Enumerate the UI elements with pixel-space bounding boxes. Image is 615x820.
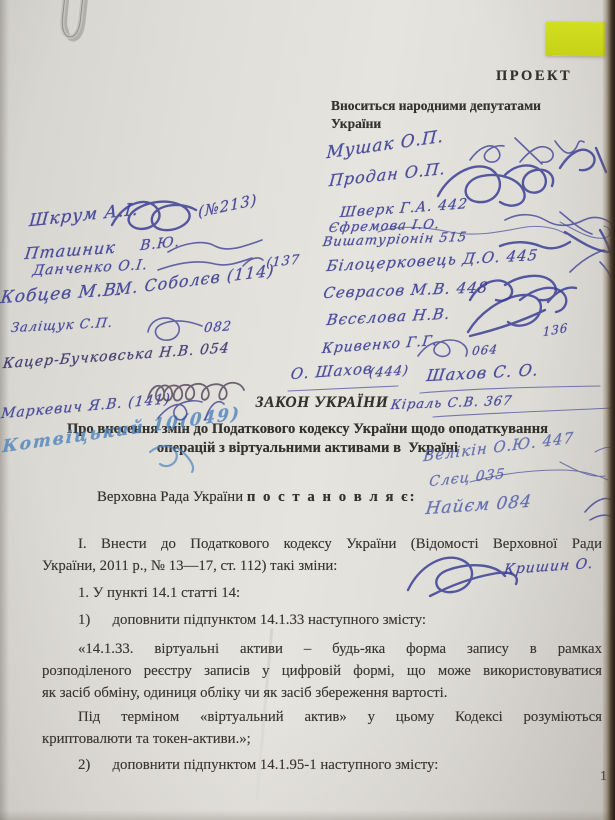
signature-underline [420,386,600,393]
submitter-line1: Вноситься народними депутатами [331,97,541,115]
resolution-line: Верховна Рада України п о с т а н о в л … [97,489,417,506]
body-line: 1. У пункті 14.1 статті 14: [42,582,602,604]
signature-flourish [505,212,612,234]
handwritten-signature: Кобцев М.В. [0,279,124,308]
body-line: Під терміном «віртуальний актив» у цьому… [42,706,602,728]
handwritten-signature: Найєм 084 [425,492,534,520]
body-line: «14.1.33. віртуальні активи – будь-яка ф… [42,638,602,660]
handwritten-signature: Продан О.П. [328,159,446,191]
handwritten-signature: (№213) [198,190,258,221]
handwritten-signature: 082 [203,319,233,336]
resolution-prefix: Верховна Рада України [97,489,247,505]
body-line: І. Внести до Податкового кодексу України… [42,533,602,555]
handwritten-signature: Білоцерковець Д.О. 445 [325,246,539,275]
resolution-verb: п о с т а н о в л я є: [247,489,417,505]
handwritten-signature: 136 [543,321,569,340]
handwritten-signature: В.Ю. [140,234,181,254]
handwritten-signature: (444) [368,363,410,381]
project-label: ПРОЕКТ [496,68,572,85]
body-line: криптовалюти та токен-активи.»; [42,728,602,750]
body-line: як засіб обміну, одиниця обліку чи як за… [42,682,602,704]
body-line: 2) доповнити підпунктом 14.1.95-1 наступ… [42,754,602,776]
body-line: 1) доповнити підпунктом 14.1.33 наступно… [42,609,602,631]
signature-flourish [470,138,584,164]
handwritten-signature: Шкрум А.І. [28,199,139,231]
handwritten-signature: Кацер-Бучковська Н.В. 054 [2,340,231,372]
signature-flourish [168,240,262,252]
handwritten-signature: Севрасов М.В. 448 [322,278,490,302]
signature-flourish [148,318,202,340]
page-bottom-edge [0,810,615,820]
signature-underline [288,386,398,391]
handwritten-signature: Заліщук С.П. [10,316,114,336]
handwritten-signature: Вєсєлова Н.В. [325,305,451,330]
handwritten-signature: Шахов С. О. [425,360,540,385]
handwritten-signature: О. Шахов [290,359,374,383]
handwritten-signature: Слєц 035 [429,466,506,490]
scanned-document-page: ПРОЕКТ Вноситься народними депутатами Ук… [0,0,615,820]
body-line: розподіленого реєстру записів у цифровій… [42,660,602,682]
page-right-edge [602,0,615,820]
handwritten-signature: 064 [471,342,499,358]
sticky-note [546,22,606,57]
handwritten-signature: Кривенко Г.Г. [321,333,439,357]
